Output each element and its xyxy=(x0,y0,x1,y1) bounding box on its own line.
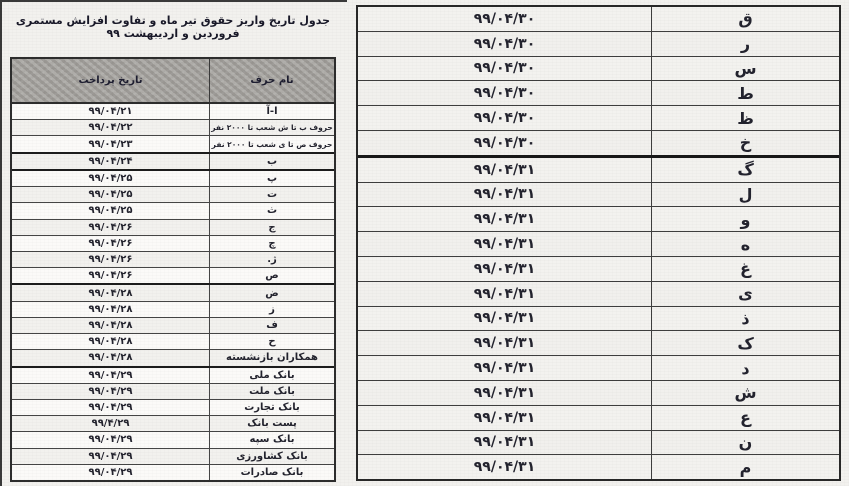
payment-date-cell: ۹۹/۰۴/۳۱ xyxy=(358,455,652,479)
letter-name-cell: ز xyxy=(210,302,334,317)
table-row: ۹۹/۰۴/۲۱ا-آ xyxy=(12,104,334,119)
payment-date-cell: ۹۹/۰۴/۲۶ xyxy=(12,236,210,251)
payment-date-cell: ۹۹/۰۴/۳۱ xyxy=(358,431,652,455)
payment-date-value: ۹۹/۰۴/۲۵ xyxy=(89,205,133,216)
payment-date-cell: ۹۹/۰۴/۳۰ xyxy=(358,81,652,105)
payment-date-cell: ۹۹/۰۴/۳۰ xyxy=(358,106,652,130)
table-row: ۹۹/۰۴/۳۰ط xyxy=(358,80,839,105)
letter-name-cell: بانک ملی xyxy=(210,368,334,383)
payment-date-value: ۹۹/۰۴/۲۶ xyxy=(89,222,133,233)
payment-date-value: ۹۹/۰۴/۲۶ xyxy=(89,254,133,265)
table-row: ۹۹/۰۴/۲۴ب xyxy=(12,152,334,169)
table-row: ۹۹/۰۴/۳۱و xyxy=(358,206,839,231)
table-row: ۹۹/۰۴/۳۱ه xyxy=(358,231,839,256)
payment-date-cell: ۹۹/۰۴/۲۹ xyxy=(12,400,210,415)
letter-name-cell: حروف ب تا ش شعب تا ۲۰۰۰ نفر xyxy=(210,120,334,135)
letter-name-cell: ه xyxy=(652,232,839,256)
payment-date-value: ۹۹/۰۴/۳۰ xyxy=(474,60,536,76)
table-row: ۹۹/۰۴/۳۰ظ xyxy=(358,105,839,130)
payment-date-cell: ۹۹/۰۴/۲۵ xyxy=(12,203,210,218)
payment-date-value: ۹۹/۰۴/۳۱ xyxy=(474,410,536,426)
letter-name-cell: ی xyxy=(652,282,839,306)
payment-date-value: ۹۹/۰۴/۳۱ xyxy=(474,310,536,326)
payment-date-cell: ۹۹/۰۴/۳۱ xyxy=(358,207,652,231)
table-row: ۹۹/۰۴/۲۲حروف ب تا ش شعب تا ۲۰۰۰ نفر xyxy=(12,119,334,135)
table-row: ۹۹/۰۴/۳۱ی xyxy=(358,281,839,306)
table-row: ۹۹/۰۴/۲۸ز xyxy=(12,301,334,317)
payment-date-value: ۹۹/۰۴/۲۵ xyxy=(89,173,133,184)
letter-name-cell: ش xyxy=(652,381,839,405)
payment-date-value: ۹۹/۰۴/۲۸ xyxy=(89,352,133,363)
payment-date-cell: ۹۹/۰۴/۳۱ xyxy=(358,406,652,430)
table-row: ۹۹/۰۴/۳۱ش xyxy=(358,380,839,405)
letter-name-cell: ذ xyxy=(652,307,839,331)
letter-name-cell: ژ. xyxy=(210,252,334,267)
payment-date-cell: ۹۹/۰۴/۲۸ xyxy=(12,285,210,300)
payment-date-value: ۹۹/۰۴/۲۲ xyxy=(89,122,133,133)
letter-name-cell: بانک صادرات xyxy=(210,465,334,480)
payment-date-value: ۹۹/۰۴/۳۱ xyxy=(474,286,536,302)
scan-edge-line-left xyxy=(0,0,2,486)
payment-date-cell: ۹۹/۰۴/۳۱ xyxy=(358,356,652,380)
table-row: ۹۹/۴/۲۹پست بانک xyxy=(12,415,334,431)
payment-date-value: ۹۹/۰۴/۲۸ xyxy=(89,304,133,315)
payment-date-value: ۹۹/۰۴/۳۱ xyxy=(474,335,536,351)
payment-date-cell: ۹۹/۰۴/۲۹ xyxy=(12,465,210,480)
payment-date-cell: ۹۹/۰۴/۲۵ xyxy=(12,187,210,202)
letter-name-cell: غ xyxy=(652,257,839,281)
table-row: ۹۹/۰۴/۳۱ن xyxy=(358,430,839,455)
letter-name-cell: ط xyxy=(652,81,839,105)
payment-date-value: ۹۹/۰۴/۲۹ xyxy=(89,402,133,413)
table-row: ۹۹/۰۴/۳۰س xyxy=(358,56,839,81)
table-row: ۹۹/۰۴/۳۰ر xyxy=(358,31,839,56)
payment-date-cell: ۹۹/۰۴/۲۵ xyxy=(12,171,210,186)
letter-name-cell: و xyxy=(652,207,839,231)
letter-name-cell: گ xyxy=(652,158,839,182)
letter-name-cell: د xyxy=(652,356,839,380)
table-row: ۹۹/۰۴/۳۱د xyxy=(358,355,839,380)
document-title: جدول تاریخ واریز حقوق تیر ماه و تفاوت اف… xyxy=(10,14,336,40)
letter-name-cell: ق xyxy=(652,7,839,31)
table-row: ۹۹/۰۴/۲۹بانک صادرات xyxy=(12,464,334,480)
left-payment-table: تاریخ پرداخت نام حرف ۹۹/۰۴/۲۱ا-آ۹۹/۰۴/۲۲… xyxy=(10,57,336,482)
payment-date-value: ۹۹/۰۴/۲۵ xyxy=(89,189,133,200)
table-row: ۹۹/۰۴/۲۶ص xyxy=(12,267,334,283)
table-row: ۹۹/۰۴/۲۸ح xyxy=(12,333,334,349)
payment-date-value: ۹۹/۰۴/۳۱ xyxy=(474,211,536,227)
payment-date-value: ۹۹/۰۴/۲۴ xyxy=(89,156,133,167)
letter-name-cell: م xyxy=(652,455,839,479)
payment-date-cell: ۹۹/۰۴/۲۸ xyxy=(12,334,210,349)
table-row: ۹۹/۰۴/۲۹بانک کشاورزی xyxy=(12,448,334,464)
right-table-body: ۹۹/۰۴/۳۰ق۹۹/۰۴/۳۰ر۹۹/۰۴/۳۰س۹۹/۰۴/۳۰ط۹۹/۰… xyxy=(358,7,839,479)
letter-name-cell: ع xyxy=(652,406,839,430)
payment-date-cell: ۹۹/۰۴/۲۳ xyxy=(12,136,210,151)
payment-date-cell: ۹۹/۰۴/۲۲ xyxy=(12,120,210,135)
table-row: ۹۹/۰۴/۲۹بانک ملت xyxy=(12,383,334,399)
payment-date-value: ۹۹/۰۴/۲۱ xyxy=(89,106,133,117)
letter-name-cell: ت xyxy=(210,187,334,202)
letter-name-cell: ص xyxy=(210,268,334,283)
letter-name-cell: چ xyxy=(210,236,334,251)
letter-name-cell: بانک سپه xyxy=(210,432,334,447)
payment-date-cell: ۹۹/۰۴/۲۹ xyxy=(12,384,210,399)
payment-date-cell: ۹۹/۰۴/۲۶ xyxy=(12,252,210,267)
payment-date-cell: ۹۹/۰۴/۲۸ xyxy=(12,318,210,333)
table-row: ۹۹/۰۴/۳۰خ xyxy=(358,130,839,155)
payment-date-cell: ۹۹/۰۴/۳۱ xyxy=(358,183,652,207)
payment-date-value: ۹۹/۰۴/۲۸ xyxy=(89,336,133,347)
table-row: ۹۹/۰۴/۲۸ف xyxy=(12,317,334,333)
payment-date-cell: ۹۹/۰۴/۳۰ xyxy=(358,57,652,81)
table-row: ۹۹/۰۴/۲۳حروف ص تا ی شعب تا ۲۰۰۰ نفر xyxy=(12,135,334,151)
payment-date-value: ۹۹/۰۴/۲۹ xyxy=(89,467,133,478)
payment-date-value: ۹۹/۰۴/۲۳ xyxy=(89,139,133,150)
table-row: ۹۹/۰۴/۳۱ع xyxy=(358,405,839,430)
payment-date-cell: ۹۹/۰۴/۲۹ xyxy=(12,432,210,447)
payment-date-value: ۹۹/۰۴/۳۰ xyxy=(474,36,536,52)
payment-date-value: ۹۹/۰۴/۲۶ xyxy=(89,270,133,281)
table-row: ۹۹/۰۴/۳۱ل xyxy=(358,182,839,207)
payment-date-cell: ۹۹/۰۴/۳۱ xyxy=(358,158,652,182)
letter-name-cell: ف xyxy=(210,318,334,333)
table-row: ۹۹/۰۴/۲۹بانک ملی xyxy=(12,366,334,383)
payment-date-value: ۹۹/۰۴/۳۱ xyxy=(474,236,536,252)
letter-name-cell: بانک کشاورزی xyxy=(210,449,334,464)
payment-date-cell: ۹۹/۰۴/۳۱ xyxy=(358,381,652,405)
letter-name-cell: خ xyxy=(652,131,839,155)
payment-date-cell: ۹۹/۰۴/۲۹ xyxy=(12,368,210,383)
table-row: ۹۹/۰۴/۲۵ت xyxy=(12,186,334,202)
table-row: ۹۹/۰۴/۲۶ج xyxy=(12,219,334,235)
table-row: ۹۹/۰۴/۳۱گ xyxy=(358,155,839,182)
payment-date-cell: ۹۹/۰۴/۲۹ xyxy=(12,449,210,464)
payment-date-value: ۹۹/۰۴/۲۸ xyxy=(89,320,133,331)
payment-date-value: ۹۹/۰۴/۳۰ xyxy=(474,85,536,101)
letter-name-cell: ظ xyxy=(652,106,839,130)
letter-name-cell: ل xyxy=(652,183,839,207)
scan-edge-line-top xyxy=(0,0,347,2)
letter-name-cell: ب xyxy=(210,154,334,169)
letter-name-cell: ج xyxy=(210,220,334,235)
payment-date-cell: ۹۹/۰۴/۳۱ xyxy=(358,307,652,331)
scanned-document-page: جدول تاریخ واریز حقوق تیر ماه و تفاوت اف… xyxy=(0,0,849,486)
letter-name-cell: حروف ص تا ی شعب تا ۲۰۰۰ نفر xyxy=(210,136,334,151)
payment-date-cell: ۹۹/۰۴/۳۱ xyxy=(358,257,652,281)
payment-date-cell: ۹۹/۰۴/۲۶ xyxy=(12,220,210,235)
payment-date-value: ۹۹/۰۴/۳۱ xyxy=(474,162,536,178)
payment-date-value: ۹۹/۰۴/۲۹ xyxy=(89,434,133,445)
table-row: ۹۹/۰۴/۲۹بانک سپه xyxy=(12,431,334,447)
payment-date-cell: ۹۹/۰۴/۲۴ xyxy=(12,154,210,169)
table-row: ۹۹/۰۴/۲۸همکاران بازنشسته xyxy=(12,349,334,365)
payment-date-value: ۹۹/۰۴/۳۰ xyxy=(474,110,536,126)
table-row: ۹۹/۰۴/۳۱غ xyxy=(358,256,839,281)
payment-date-value: ۹۹/۰۴/۲۹ xyxy=(89,451,133,462)
payment-date-value: ۹۹/۰۴/۲۹ xyxy=(89,386,133,397)
letter-name-cell: بانک تجارت xyxy=(210,400,334,415)
letter-name-cell: ر xyxy=(652,32,839,56)
payment-date-cell: ۹۹/۰۴/۳۱ xyxy=(358,232,652,256)
letter-name-cell: همکاران بازنشسته xyxy=(210,350,334,365)
payment-date-cell: ۹۹/۰۴/۳۰ xyxy=(358,7,652,31)
table-header-row: تاریخ پرداخت نام حرف xyxy=(12,59,334,104)
payment-date-cell: ۹۹/۰۴/۳۰ xyxy=(358,32,652,56)
letter-name-cell: ض xyxy=(210,285,334,300)
payment-date-value: ۹۹/۰۴/۳۱ xyxy=(474,459,536,475)
letter-name-cell: ک xyxy=(652,331,839,355)
letter-name-cell: ن xyxy=(652,431,839,455)
header-letter-name: نام حرف xyxy=(210,59,334,102)
letter-name-cell: س xyxy=(652,57,839,81)
table-row: ۹۹/۰۴/۲۶چ xyxy=(12,235,334,251)
payment-date-value: ۹۹/۰۴/۳۱ xyxy=(474,434,536,450)
table-row: ۹۹/۰۴/۳۱ک xyxy=(358,330,839,355)
payment-date-value: ۹۹/۰۴/۲۶ xyxy=(89,238,133,249)
payment-date-value: ۹۹/۰۴/۳۱ xyxy=(474,186,536,202)
table-row: ۹۹/۰۴/۲۶ژ. xyxy=(12,251,334,267)
payment-date-cell: ۹۹/۰۴/۳۱ xyxy=(358,282,652,306)
table-row: ۹۹/۰۴/۲۹بانک تجارت xyxy=(12,399,334,415)
letter-name-cell: ح xyxy=(210,334,334,349)
payment-date-cell: ۹۹/۰۴/۳۰ xyxy=(358,131,652,155)
letter-name-cell: پست بانک xyxy=(210,416,334,431)
letter-name-cell: ا-آ xyxy=(210,104,334,119)
payment-date-cell: ۹۹/۰۴/۲۱ xyxy=(12,104,210,119)
header-payment-date: تاریخ پرداخت xyxy=(12,59,210,102)
letter-name-cell: بانک ملت xyxy=(210,384,334,399)
payment-date-cell: ۹۹/۰۴/۲۸ xyxy=(12,302,210,317)
payment-date-value: ۹۹/۰۴/۲۹ xyxy=(89,370,133,381)
payment-date-value: ۹۹/۰۴/۳۰ xyxy=(474,135,536,151)
table-row: ۹۹/۰۴/۳۱م xyxy=(358,454,839,479)
table-row: ۹۹/۰۴/۳۱ذ xyxy=(358,306,839,331)
payment-date-cell: ۹۹/۰۴/۳۱ xyxy=(358,331,652,355)
payment-date-cell: ۹۹/۰۴/۲۶ xyxy=(12,268,210,283)
table-row: ۹۹/۰۴/۲۵پ xyxy=(12,169,334,186)
payment-date-cell: ۹۹/۰۴/۲۸ xyxy=(12,350,210,365)
payment-date-value: ۹۹/۰۴/۲۸ xyxy=(89,288,133,299)
table-row: ۹۹/۰۴/۲۵ث xyxy=(12,202,334,218)
letter-name-cell: پ xyxy=(210,171,334,186)
payment-date-value: ۹۹/۰۴/۳۱ xyxy=(474,261,536,277)
left-table-body: ۹۹/۰۴/۲۱ا-آ۹۹/۰۴/۲۲حروف ب تا ش شعب تا ۲۰… xyxy=(12,104,334,480)
payment-date-value: ۹۹/۴/۲۹ xyxy=(92,418,130,429)
table-row: ۹۹/۰۴/۲۸ض xyxy=(12,283,334,300)
payment-date-cell: ۹۹/۴/۲۹ xyxy=(12,416,210,431)
right-payment-table: ۹۹/۰۴/۳۰ق۹۹/۰۴/۳۰ر۹۹/۰۴/۳۰س۹۹/۰۴/۳۰ط۹۹/۰… xyxy=(356,5,841,481)
payment-date-value: ۹۹/۰۴/۳۱ xyxy=(474,360,536,376)
payment-date-value: ۹۹/۰۴/۳۱ xyxy=(474,385,536,401)
table-row: ۹۹/۰۴/۳۰ق xyxy=(358,7,839,31)
letter-name-cell: ث xyxy=(210,203,334,218)
payment-date-value: ۹۹/۰۴/۳۰ xyxy=(474,11,536,27)
